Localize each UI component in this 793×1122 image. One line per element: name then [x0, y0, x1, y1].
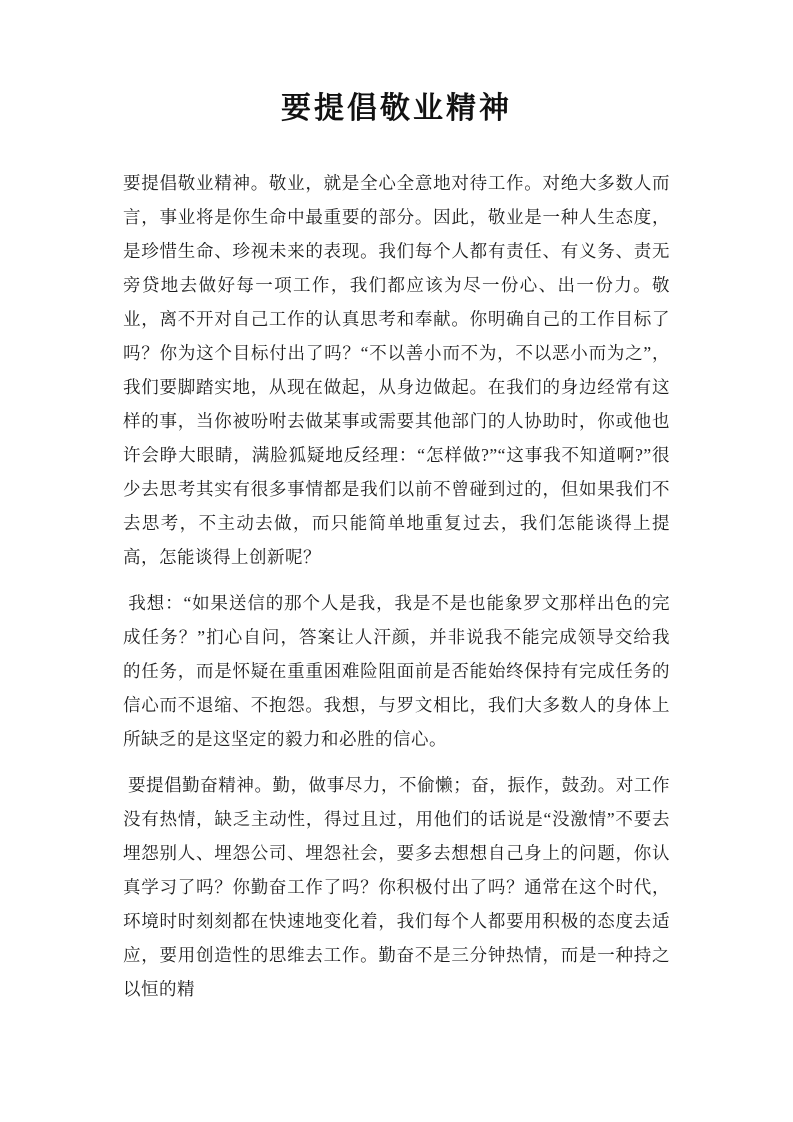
document-page: 要提倡敬业精神 要提倡敬业精神。敬业，就是全心全意地对待工作。对绝大多数人而言，… [0, 0, 793, 1122]
paragraph-reflection: 我想：“如果送信的那个人是我，我是不是也能象罗文那样出色的完成任务？”扪心自问，… [123, 586, 670, 756]
paragraph-dedication: 要提倡敬业精神。敬业，就是全心全意地对待工作。对绝大多数人而言，事业将是你生命中… [123, 166, 670, 574]
paragraph-diligence: 要提倡勤奋精神。勤，做事尽力，不偷懒；奋，振作，鼓劲。对工作没有热情，缺乏主动性… [123, 768, 670, 1006]
document-title: 要提倡敬业精神 [123, 88, 670, 130]
document-body: 要提倡敬业精神。敬业，就是全心全意地对待工作。对绝大多数人而言，事业将是你生命中… [123, 166, 670, 1006]
